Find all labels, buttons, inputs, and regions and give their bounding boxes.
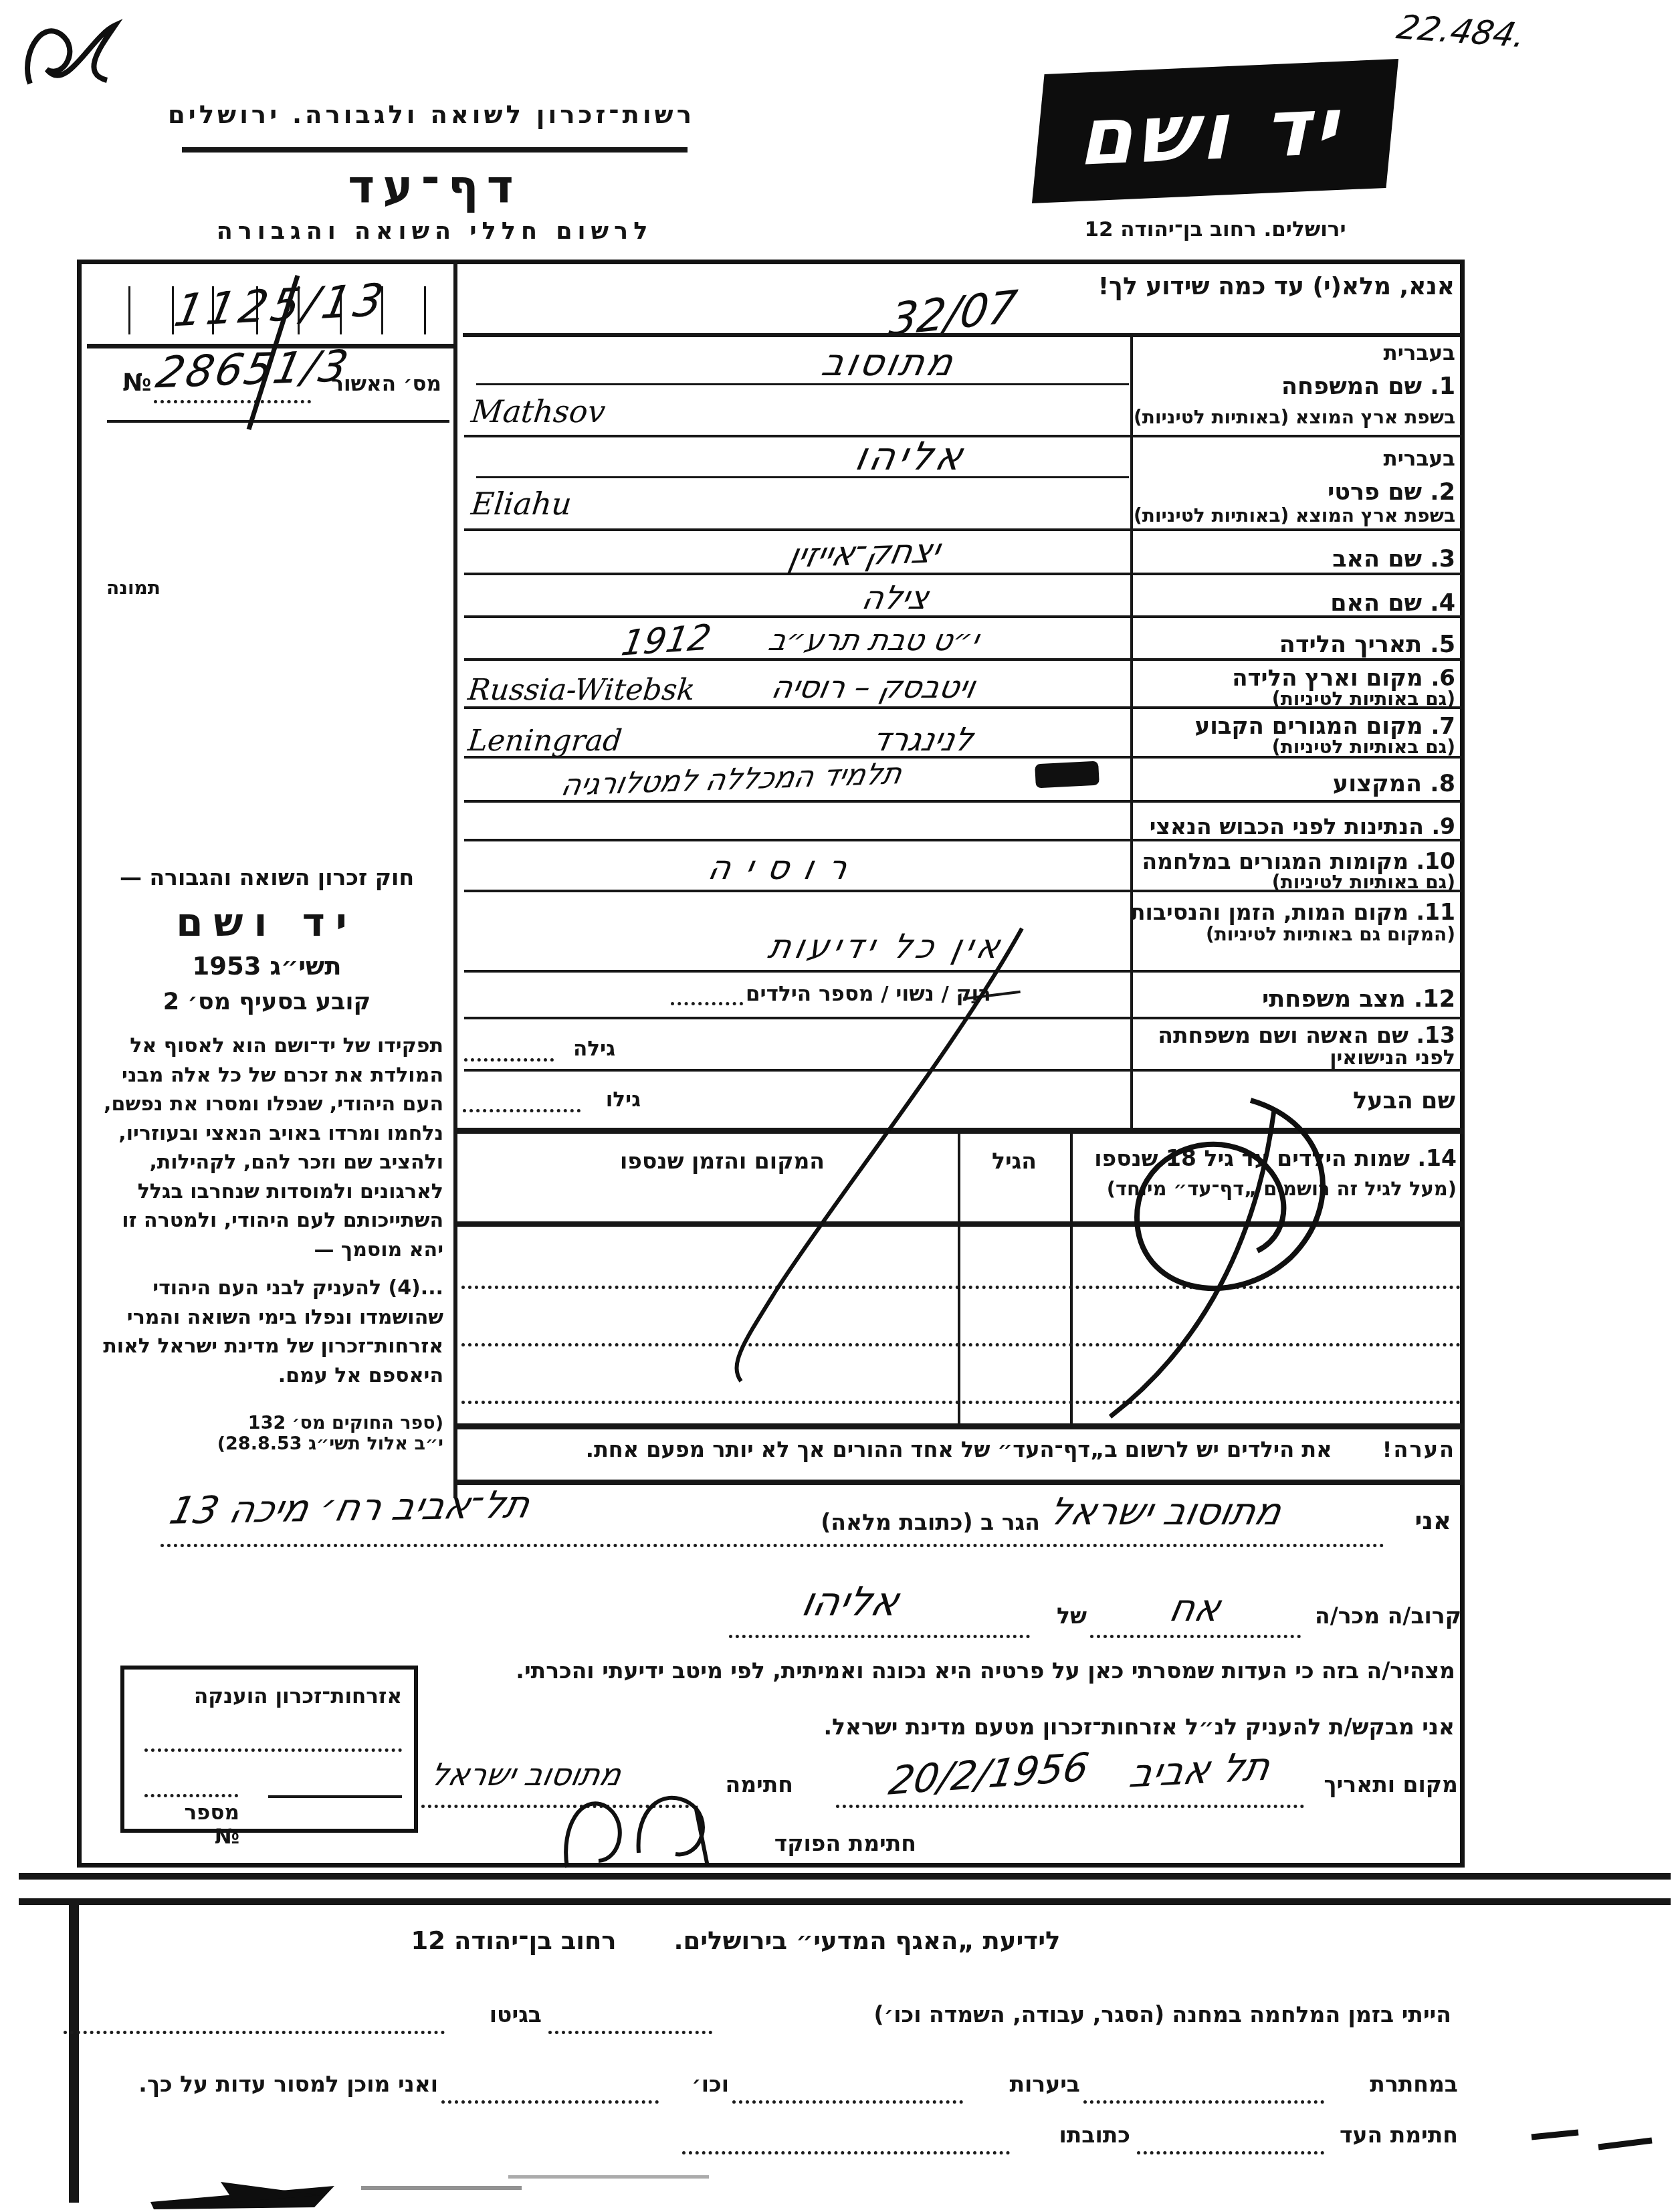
bottom-smudge-4 xyxy=(508,2175,709,2179)
bottom-smudge-3 xyxy=(361,2186,522,2190)
ink-marks-overlay xyxy=(0,0,1680,2212)
signature-scrawl-loop xyxy=(1137,1100,1323,1288)
corner-scribble xyxy=(27,25,115,84)
registrar-signature-scrawl xyxy=(566,1798,708,1868)
edge-marks xyxy=(1532,2132,1652,2147)
signature-scrawl-stroke xyxy=(736,928,1022,1381)
testimony-page: 22.484. רשות־זכרון לשואה ולגבורה. ירושלי… xyxy=(0,0,1680,2212)
approval-slash-mark xyxy=(249,276,298,429)
